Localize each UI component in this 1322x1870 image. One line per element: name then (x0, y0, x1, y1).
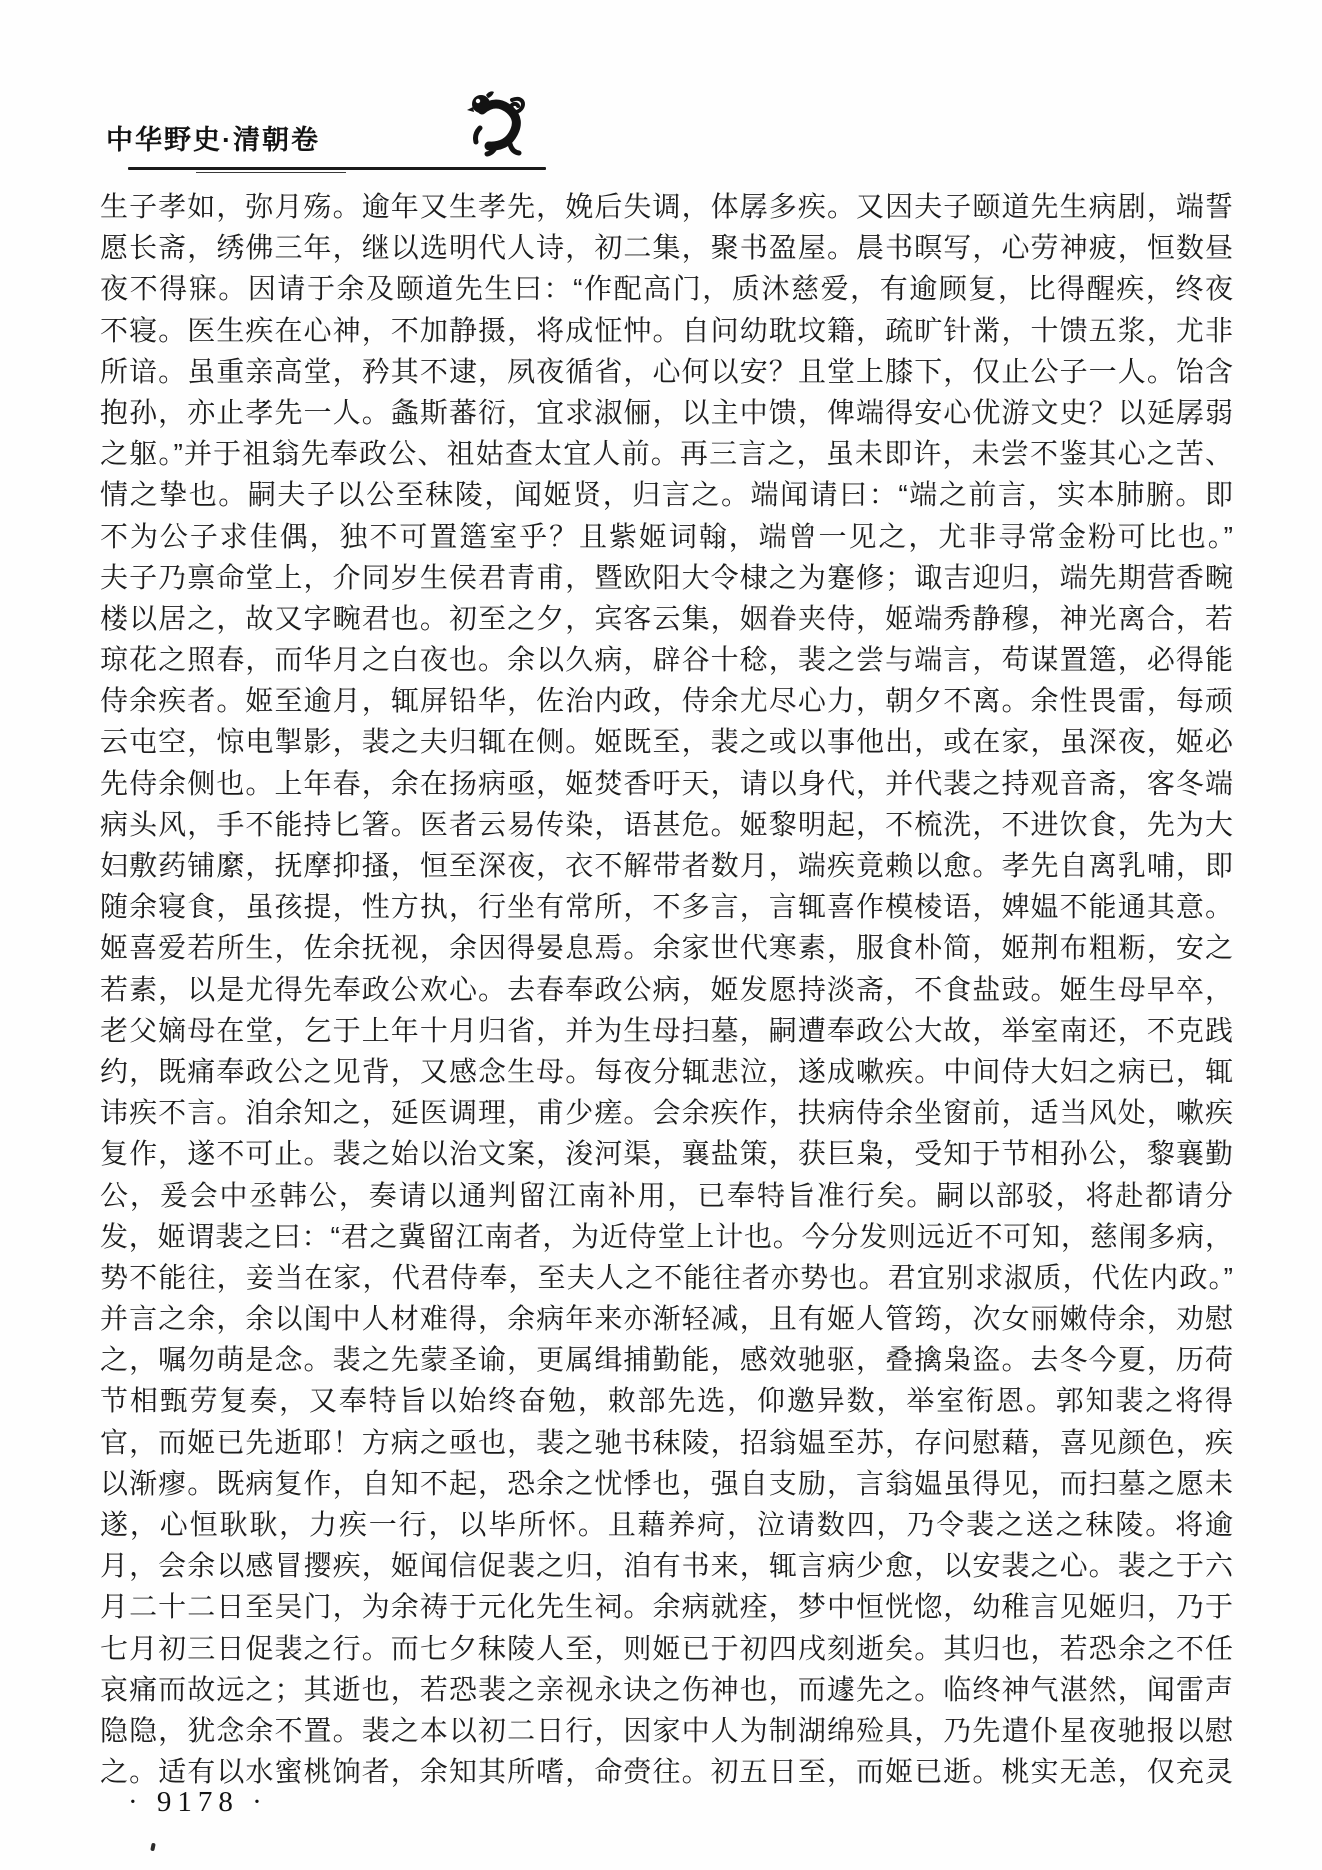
text-line: 约，既痛奉政公之见背，又感念生母。每夜分辄悲泣，遂成嗽疾。中间侍大妇之病已，辄 (100, 1051, 1233, 1092)
text-line: 随余寝食，虽孩提，性方执，行坐有常所，不多言，言辄喜作模棱语，婢媪不能通其意。 (100, 886, 1233, 927)
text-line: 之。适有以水蜜桃饷者，余知其所嗜，命赍往。初五日至，而姬已逝。桃实无恙，仅充灵 (100, 1751, 1233, 1792)
text-line: 生子孝如，弥月殇。逾年又生孝先，娩后失调，体孱多疾。又因夫子颐道先生病剧，端誓 (100, 186, 1233, 227)
text-line: 月，会余以感冒撄疾，姬闻信促裴之归，洎有书来，辄言病少愈，以安裴之心。裴之于六 (100, 1545, 1233, 1586)
text-line: 势不能往，妾当在家，代君侍奉，至夫人之不能往者亦势也。君宜别求淑质，代佐内政。” (100, 1257, 1233, 1298)
text-line: 所谙。虽重亲高堂，矜其不逮，夙夜循省，心何以安？且堂上膝下，仅止公子一人。饴含 (100, 351, 1233, 392)
text-line: 夜不得寐。因请于余及颐道先生曰：“作配高门，质沐慈爱，有逾顾复，比得醒疾，终夜 (100, 268, 1233, 309)
text-line: 愿长斋，绣佛三年，继以选明代人诗，初二集，聚书盈屋。晨书暝写，心劳神疲，恒数昼 (100, 227, 1233, 268)
text-line: 以渐瘳。既病复作，自知不起，恐余之忧悸也，强自支励，言翁媪虽得见，而扫墓之愿未 (100, 1463, 1233, 1504)
text-line: 抱孙，亦止孝先一人。螽斯蕃衍，宜求淑俪，以主中馈，俾端得安心优游文史？以延孱弱 (100, 392, 1233, 433)
text-line: 琼花之照春，而华月之白夜也。余以久病，辟谷十稔，裴之尝与端言，苟谋置簉，必得能 (100, 639, 1233, 680)
book-page: 中华野史·清朝卷 生子孝如，弥月殇。逾年又生孝先，娩后失调，体孱多疾。又因夫子颐… (0, 0, 1322, 1870)
dragon-seal-icon (466, 88, 530, 158)
text-line: 云屯空，惊电掣影，裴之夫归辄在侧。姬既至，裴之或以事他出，或在家，虽深夜，姬必 (100, 721, 1233, 762)
header-rule (128, 167, 546, 170)
book-series-title: 中华野史·清朝卷 (106, 118, 320, 157)
text-line: 七月初三日促裴之行。而七夕秣陵人至，则姬已于初四戌刻逝矣。其归也，若恐余之不任 (100, 1628, 1233, 1669)
page-number: · 9178 · (128, 1786, 268, 1819)
text-line: 遂，心恒耿耿，力疾一行，以毕所怀。且藉养疴，泣请数四，乃令裴之送之秣陵。将逾 (100, 1504, 1233, 1545)
text-line: 发，姬谓裴之曰：“君之冀留江南者，为近侍堂上计也。今分发则远近不可知，慈闱多病， (100, 1216, 1233, 1257)
text-line: 先侍余侧也。上年春，余在扬病亟，姬焚香吁天，请以身代，并代裴之持观音斋，客冬端 (100, 763, 1233, 804)
text-line: 哀痛而故远之；其逝也，若恐裴之亲视永诀之伤神也，而遽先之。临终神气湛然，闻雷声 (100, 1669, 1233, 1710)
text-line: 夫子乃禀命堂上，介同岁生侯君青甫，暨欧阳大令棣之为蹇修；诹吉迎归，端先期营香畹 (100, 557, 1233, 598)
text-line: 老父嫡母在堂，乞于上年十月归省，并为生母扫墓，嗣遭奉政公大故，举室南还，不克践 (100, 1010, 1233, 1051)
text-line: 妇敷药铺縻，抚摩抑搔，恒至深夜，衣不解带者数月，端疾竟赖以愈。孝先自离乳哺，即 (100, 845, 1233, 886)
text-line: 不为公子求佳偶，独不可置簉室乎？且紫姬词翰，端曾一见之，尤非寻常金粉可比也。” (100, 516, 1233, 557)
body-text: 生子孝如，弥月殇。逾年又生孝先，娩后失调，体孱多疾。又因夫子颐道先生病剧，端誓愿… (100, 186, 1233, 1792)
text-line: 讳疾不言。洎余知之，延医调理，甫少瘥。会余疾作，扶病侍余坐窗前，适当风处，嗽疾 (100, 1092, 1233, 1133)
text-line: 病头风，手不能持匕箸。医者云易传染，语甚危。姬黎明起，不梳洗，不进饮食，先为大 (100, 804, 1233, 845)
text-line: 不寝。医生疾在心神，不加静摄，将成怔忡。自问幼耽坟籍，疏旷针黹，十馈五浆，尤非 (100, 310, 1233, 351)
text-line: 官，而姬已先逝耶！方病之亟也，裴之驰书秣陵，招翁媪至苏，存问慰藉，喜见颜色，疾 (100, 1422, 1233, 1463)
text-line: 情之挚也。嗣夫子以公至秣陵，闻姬贤，归言之。端闻请曰：“端之前言，实本肺腑。即 (100, 474, 1233, 515)
text-line: 公，爰会中丞韩公，奏请以通判留江南补用，已奉特旨准行矣。嗣以部驳，将赴都请分 (100, 1175, 1233, 1216)
text-line: 之，嘱勿萌是念。裴之先蒙圣谕，更属缉捕勤能，感效驰驱，叠擒枭盗。去冬今夏，历荷 (100, 1339, 1233, 1380)
text-line: 姬喜爱若所生，佐余抚视，余因得晏息焉。余家世代寒素，服食朴简，姬荆布粗粝，安之 (100, 927, 1233, 968)
header-rule-echo (196, 172, 346, 173)
text-line: 并言之余，余以闺中人材难得，余病年来亦渐轻减，且有姬人管筠，次女丽嫩侍余，劝慰 (100, 1298, 1233, 1339)
scan-artifact (150, 1843, 156, 1852)
text-line: 复作，遂不可止。裴之始以治文案，浚河渠，襄盐策，获巨枭，受知于节相孙公，黎襄勤 (100, 1133, 1233, 1174)
text-line: 侍余疾者。姬至逾月，辄屏铅华，佐治内政，侍余尤尽心力，朝夕不离。余性畏雷，每顽 (100, 680, 1233, 721)
text-line: 楼以居之，故又字畹君也。初至之夕，宾客云集，姻眷夹侍，姬端秀静穆，神光离合，若 (100, 598, 1233, 639)
text-line: 隐隐，犹念余不置。裴之本以初二日行，因家中人为制湖绵殓具，乃先遣仆星夜驰报以慰 (100, 1710, 1233, 1751)
text-line: 节相甄劳复奏，又奉特旨以始终奋勉，敕部先选，仰邀异数，举室衔恩。郭知裴之将得 (100, 1380, 1233, 1421)
text-line: 若素，以是尤得先奉政公欢心。去春奉政公病，姬发愿持淡斋，不食盐豉。姬生母早卒， (100, 969, 1233, 1010)
text-line: 之躯。”并于祖翁先奉政公、祖姑查太宜人前。再三言之，虽未即许，未尝不鉴其心之苦、 (100, 433, 1233, 474)
text-line: 月二十二日至吴门，为余祷于元化先生祠。余病就痊，梦中恒恍惚，幼稚言见姬归，乃于 (100, 1586, 1233, 1627)
